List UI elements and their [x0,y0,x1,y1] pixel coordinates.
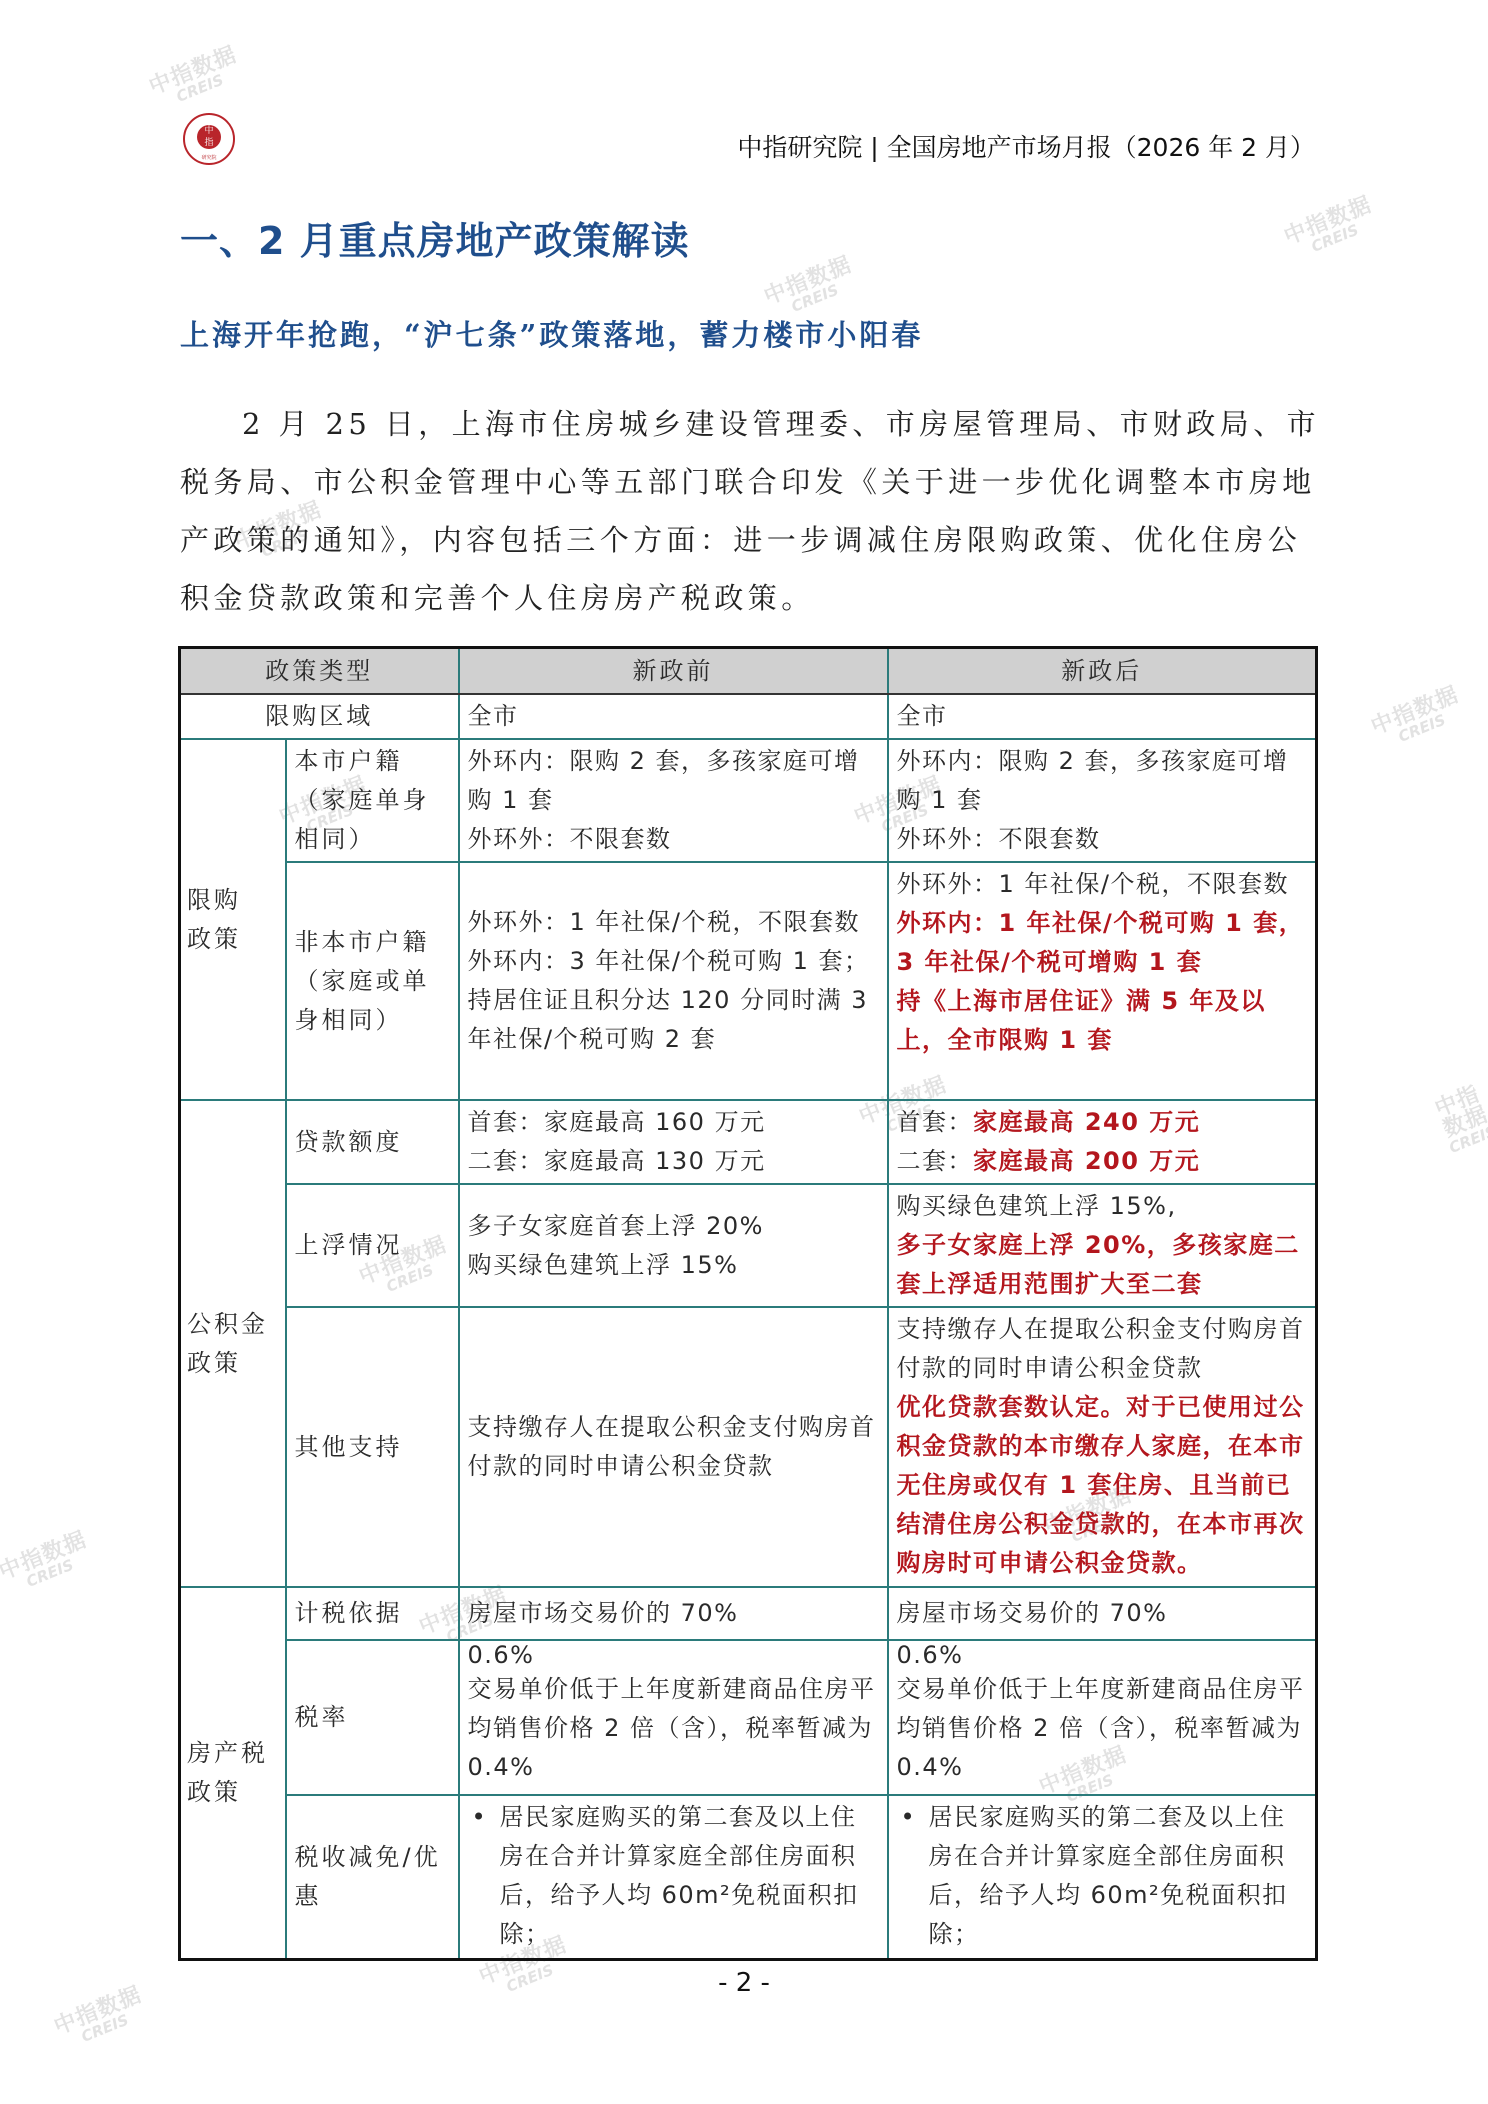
cell-before: • 居民家庭购买的第二套及以上住房在合并计算家庭全部住房面积后，给予人均 60m… [459,1795,888,1959]
highlight-text: 家庭最高 200 万元 [973,1147,1200,1175]
highlight-text: 外环内：1 年社保/个税可购 1 套，3 年社保/个税可增购 1 套 [897,904,1308,982]
bullet-item: • 居民家庭购买的第二套及以上住房在合并计算家庭全部住房面积后，给予人均 60m… [468,1798,879,1954]
policy-comparison-table: 政策类型 新政前 新政后 限购区域 全市 全市 限购 政策 本市户籍 （家庭单身… [178,646,1318,1961]
cell-before: 房屋市场交易价的 70% [459,1587,888,1640]
cell-before: 支持缴存人在提取公积金支付购房首付款的同时申请公积金贷款 [459,1307,888,1587]
cell-before: 全市 [459,694,888,739]
bullet-item: • 居民家庭购买的第二套及以上住房在合并计算家庭全部住房面积后，给予人均 60m… [897,1798,1308,1954]
cell-before: 首套：家庭最高 160 万元 二套：家庭最高 130 万元 [459,1100,888,1184]
table-row: 税收减免/优 惠 • 居民家庭购买的第二套及以上住房在合并计算家庭全部住房面积后… [180,1795,1317,1959]
page-number: - 2 - [0,1968,1488,1998]
sub-label-loan-amount: 贷款额度 [286,1100,459,1184]
sub-label-nonlocal-hukou: 非本市户籍 （家庭或单 身相同） [286,862,459,1100]
cell-after: 支持缴存人在提取公积金支付购房首付款的同时申请公积金贷款 优化贷款套数认定。对于… [888,1307,1317,1587]
table-row: 非本市户籍 （家庭或单 身相同） 外环外：1 年社保/个税，不限套数 外环内：3… [180,862,1317,1100]
sub-label-tax-rate: 税率 [286,1640,459,1795]
table-row: 上浮情况 多子女家庭首套上浮 20% 购买绿色建筑上浮 15% 购买绿色建筑上浮… [180,1184,1317,1307]
cell-before: 0.6% 交易单价低于上年度新建商品住房平均销售价格 2 倍（含），税率暂减为 … [459,1640,888,1795]
watermark: 中指数据CREIS [1281,194,1380,263]
cell-before: 外环内：限购 2 套，多孩家庭可增购 1 套 外环外：不限套数 [459,739,888,862]
logo-footer-text: 研究院 [185,154,233,161]
cell-after: 0.6% 交易单价低于上年度新建商品住房平均销售价格 2 倍（含），税率暂减为 … [888,1640,1317,1795]
table-row: 限购区域 全市 全市 [180,694,1317,739]
running-header: 中指研究院 | 全国房地产市场月报（2026 年 2 月） [715,128,1315,164]
cell-after: 外环外：1 年社保/个税，不限套数 外环内：1 年社保/个税可购 1 套，3 年… [888,862,1317,1100]
watermark: 中指数据CREIS [0,1529,96,1598]
cell-before: 外环外：1 年社保/个税，不限套数 外环内：3 年社保/个税可购 1 套；持居住… [459,862,888,1100]
highlight-text: 持《上海市居住证》满 5 年及以上，全市限购 1 套 [897,982,1308,1060]
highlight-text: 家庭最高 240 万元 [973,1108,1200,1136]
cell-after: • 居民家庭购买的第二套及以上住房在合并计算家庭全部住房面积后，给予人均 60m… [888,1795,1317,1959]
header-after: 新政后 [888,648,1317,695]
sub-label-float: 上浮情况 [286,1184,459,1307]
group-label-tax: 房产税 政策 [180,1587,286,1959]
sub-title: 上海开年抢跑，“沪七条”政策落地，蓄力楼市小阳春 [180,313,923,354]
cell-after: 全市 [888,694,1317,739]
watermark: 中指数据CREIS [1431,1083,1488,1156]
sub-label-tax-relief: 税收减免/优 惠 [286,1795,459,1959]
bullet-icon: • [472,1798,488,1837]
cell-after: 房屋市场交易价的 70% [888,1587,1317,1640]
watermark: 中指数据CREIS [1368,684,1467,753]
section-title: 一、2 月重点房地产政策解读 [180,210,690,265]
table-row: 房产税 政策 计税依据 房屋市场交易价的 70% 房屋市场交易价的 70% [180,1587,1317,1640]
body-paragraph: 2 月 25 日，上海市住房城乡建设管理委、市房屋管理局、市财政局、市税务局、市… [180,395,1320,627]
table-row: 税率 0.6% 交易单价低于上年度新建商品住房平均销售价格 2 倍（含），税率暂… [180,1640,1317,1795]
sub-label-tax-base: 计税依据 [286,1587,459,1640]
highlight-text: 多子女家庭上浮 20%，多孩家庭二套上浮适用范围扩大至二套 [897,1226,1308,1304]
cell-after: 首套：家庭最高 240 万元 二套：家庭最高 200 万元 [888,1100,1317,1184]
cell-after: 外环内：限购 2 套，多孩家庭可增购 1 套 外环外：不限套数 [888,739,1317,862]
cell-before: 多子女家庭首套上浮 20% 购买绿色建筑上浮 15% [459,1184,888,1307]
table-row: 公积金 政策 贷款额度 首套：家庭最高 160 万元 二套：家庭最高 130 万… [180,1100,1317,1184]
bullet-icon: • [901,1798,917,1837]
logo-emblem: 中指 [197,125,221,149]
cell-after: 购买绿色建筑上浮 15%, 多子女家庭上浮 20%，多孩家庭二套上浮适用范围扩大… [888,1184,1317,1307]
group-label-purchase: 限购 政策 [180,739,286,1100]
header-before: 新政前 [459,648,888,695]
table-row: 限购 政策 本市户籍 （家庭单身 相同） 外环内：限购 2 套，多孩家庭可增购 … [180,739,1317,862]
sub-label-local-hukou: 本市户籍 （家庭单身 相同） [286,739,459,862]
watermark: 中指数据CREIS [146,44,245,113]
table-row: 其他支持 支持缴存人在提取公积金支付购房首付款的同时申请公积金贷款 支持缴存人在… [180,1307,1317,1587]
highlight-text: 优化贷款套数认定。对于已使用过公积金贷款的本市缴存人家庭，在本市无住房或仅有 1… [897,1388,1308,1583]
header-policy-type: 政策类型 [180,648,459,695]
sub-label-other-support: 其他支持 [286,1307,459,1587]
company-logo: 中指 研究院 [183,113,235,165]
table-header-row: 政策类型 新政前 新政后 [180,648,1317,695]
row-label-region: 限购区域 [180,694,459,739]
group-label-fund: 公积金 政策 [180,1100,286,1587]
